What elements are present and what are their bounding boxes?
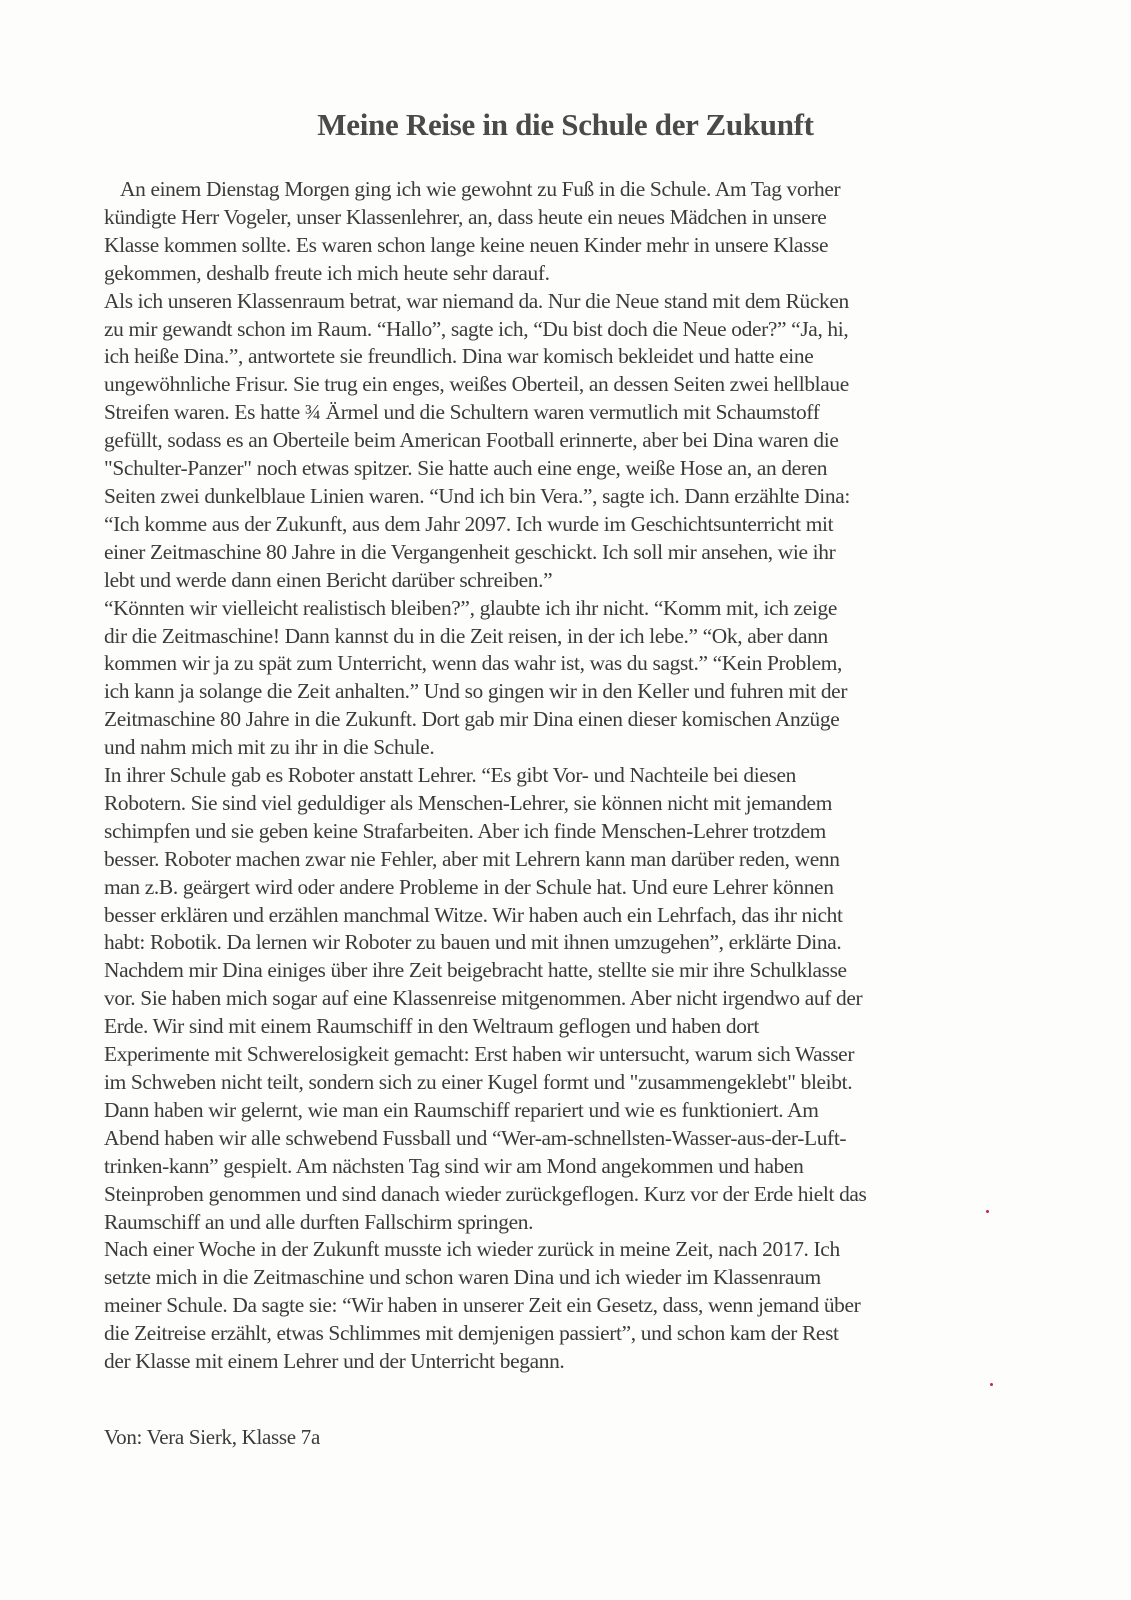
text-line: man z.B. geärgert wird oder andere Probl… <box>104 874 1004 902</box>
text-line: im Schweben nicht teilt, sondern sich zu… <box>104 1069 1004 1097</box>
text-line: vor. Sie haben mich sogar auf eine Klass… <box>104 985 1004 1013</box>
text-line: Steinproben genommen und sind danach wie… <box>104 1181 1004 1209</box>
text-line: Als ich unseren Klassenraum betrat, war … <box>104 288 1004 316</box>
text-line: Experimente mit Schwerelosigkeit gemacht… <box>104 1041 1004 1069</box>
scan-speck <box>990 1383 993 1386</box>
text-line: trinken-kann” gespielt. Am nächsten Tag … <box>104 1153 1004 1181</box>
text-line: ich kann ja solange die Zeit anhalten.” … <box>104 678 1004 706</box>
author-signature: Von: Vera Sierk, Klasse 7a <box>104 1425 320 1450</box>
text-line: Nachdem mir Dina einiges über ihre Zeit … <box>104 957 1004 985</box>
text-line: “Könnten wir vielleicht realistisch blei… <box>104 595 1004 623</box>
text-line: habt: Robotik. Da lernen wir Roboter zu … <box>104 929 1004 957</box>
story-body: An einem Dienstag Morgen ging ich wie ge… <box>104 176 1004 1376</box>
text-line: die Zeitreise erzählt, etwas Schlimmes m… <box>104 1320 1004 1348</box>
text-line: besser. Roboter machen zwar nie Fehler, … <box>104 846 1004 874</box>
text-line: meiner Schule. Da sagte sie: “Wir haben … <box>104 1292 1004 1320</box>
text-line: Zeitmaschine 80 Jahre in die Zukunft. Do… <box>104 706 1004 734</box>
text-line: In ihrer Schule gab es Roboter anstatt L… <box>104 762 1004 790</box>
text-line: "Schulter-Panzer" noch etwas spitzer. Si… <box>104 455 1004 483</box>
text-line: “Ich komme aus der Zukunft, aus dem Jahr… <box>104 511 1004 539</box>
text-line: ich heiße Dina.”, antwortete sie freundl… <box>104 343 1004 371</box>
text-line: lebt und werde dann einen Bericht darübe… <box>104 567 1004 595</box>
text-line: gekommen, deshalb freute ich mich heute … <box>104 260 1004 288</box>
text-line: einer Zeitmaschine 80 Jahre in die Verga… <box>104 539 1004 567</box>
text-line: schimpfen und sie geben keine Strafarbei… <box>104 818 1004 846</box>
text-line: gefüllt, sodass es an Oberteile beim Ame… <box>104 427 1004 455</box>
scan-speck <box>986 1210 989 1213</box>
text-line: besser erklären und erzählen manchmal Wi… <box>104 902 1004 930</box>
text-line: Klasse kommen sollte. Es waren schon lan… <box>104 232 1004 260</box>
scanned-page: Meine Reise in die Schule der Zukunft An… <box>0 0 1131 1600</box>
text-line: dir die Zeitmaschine! Dann kannst du in … <box>104 623 1004 651</box>
text-line: Raumschiff an und alle durften Fallschir… <box>104 1209 1004 1237</box>
text-line: der Klasse mit einem Lehrer und der Unte… <box>104 1348 1004 1376</box>
text-line: Abend haben wir alle schwebend Fussball … <box>104 1125 1004 1153</box>
text-line: zu mir gewandt schon im Raum. “Hallo”, s… <box>104 316 1004 344</box>
document-title: Meine Reise in die Schule der Zukunft <box>0 107 1131 143</box>
text-line: kommen wir ja zu spät zum Unterricht, we… <box>104 650 1004 678</box>
text-line: kündigte Herr Vogeler, unser Klassenlehr… <box>104 204 1004 232</box>
text-line: Streifen waren. Es hatte ¾ Ärmel und die… <box>104 399 1004 427</box>
text-line: und nahm mich mit zu ihr in die Schule. <box>104 734 1004 762</box>
text-line: Dann haben wir gelernt, wie man ein Raum… <box>104 1097 1004 1125</box>
text-line: ungewöhnliche Frisur. Sie trug ein enges… <box>104 371 1004 399</box>
text-line: Erde. Wir sind mit einem Raumschiff in d… <box>104 1013 1004 1041</box>
text-line: An einem Dienstag Morgen ging ich wie ge… <box>104 176 1004 204</box>
text-line: Robotern. Sie sind viel geduldiger als M… <box>104 790 1004 818</box>
text-line: setzte mich in die Zeitmaschine und scho… <box>104 1264 1004 1292</box>
text-line: Seiten zwei dunkelblaue Linien waren. “U… <box>104 483 1004 511</box>
text-line: Nach einer Woche in der Zukunft musste i… <box>104 1236 1004 1264</box>
